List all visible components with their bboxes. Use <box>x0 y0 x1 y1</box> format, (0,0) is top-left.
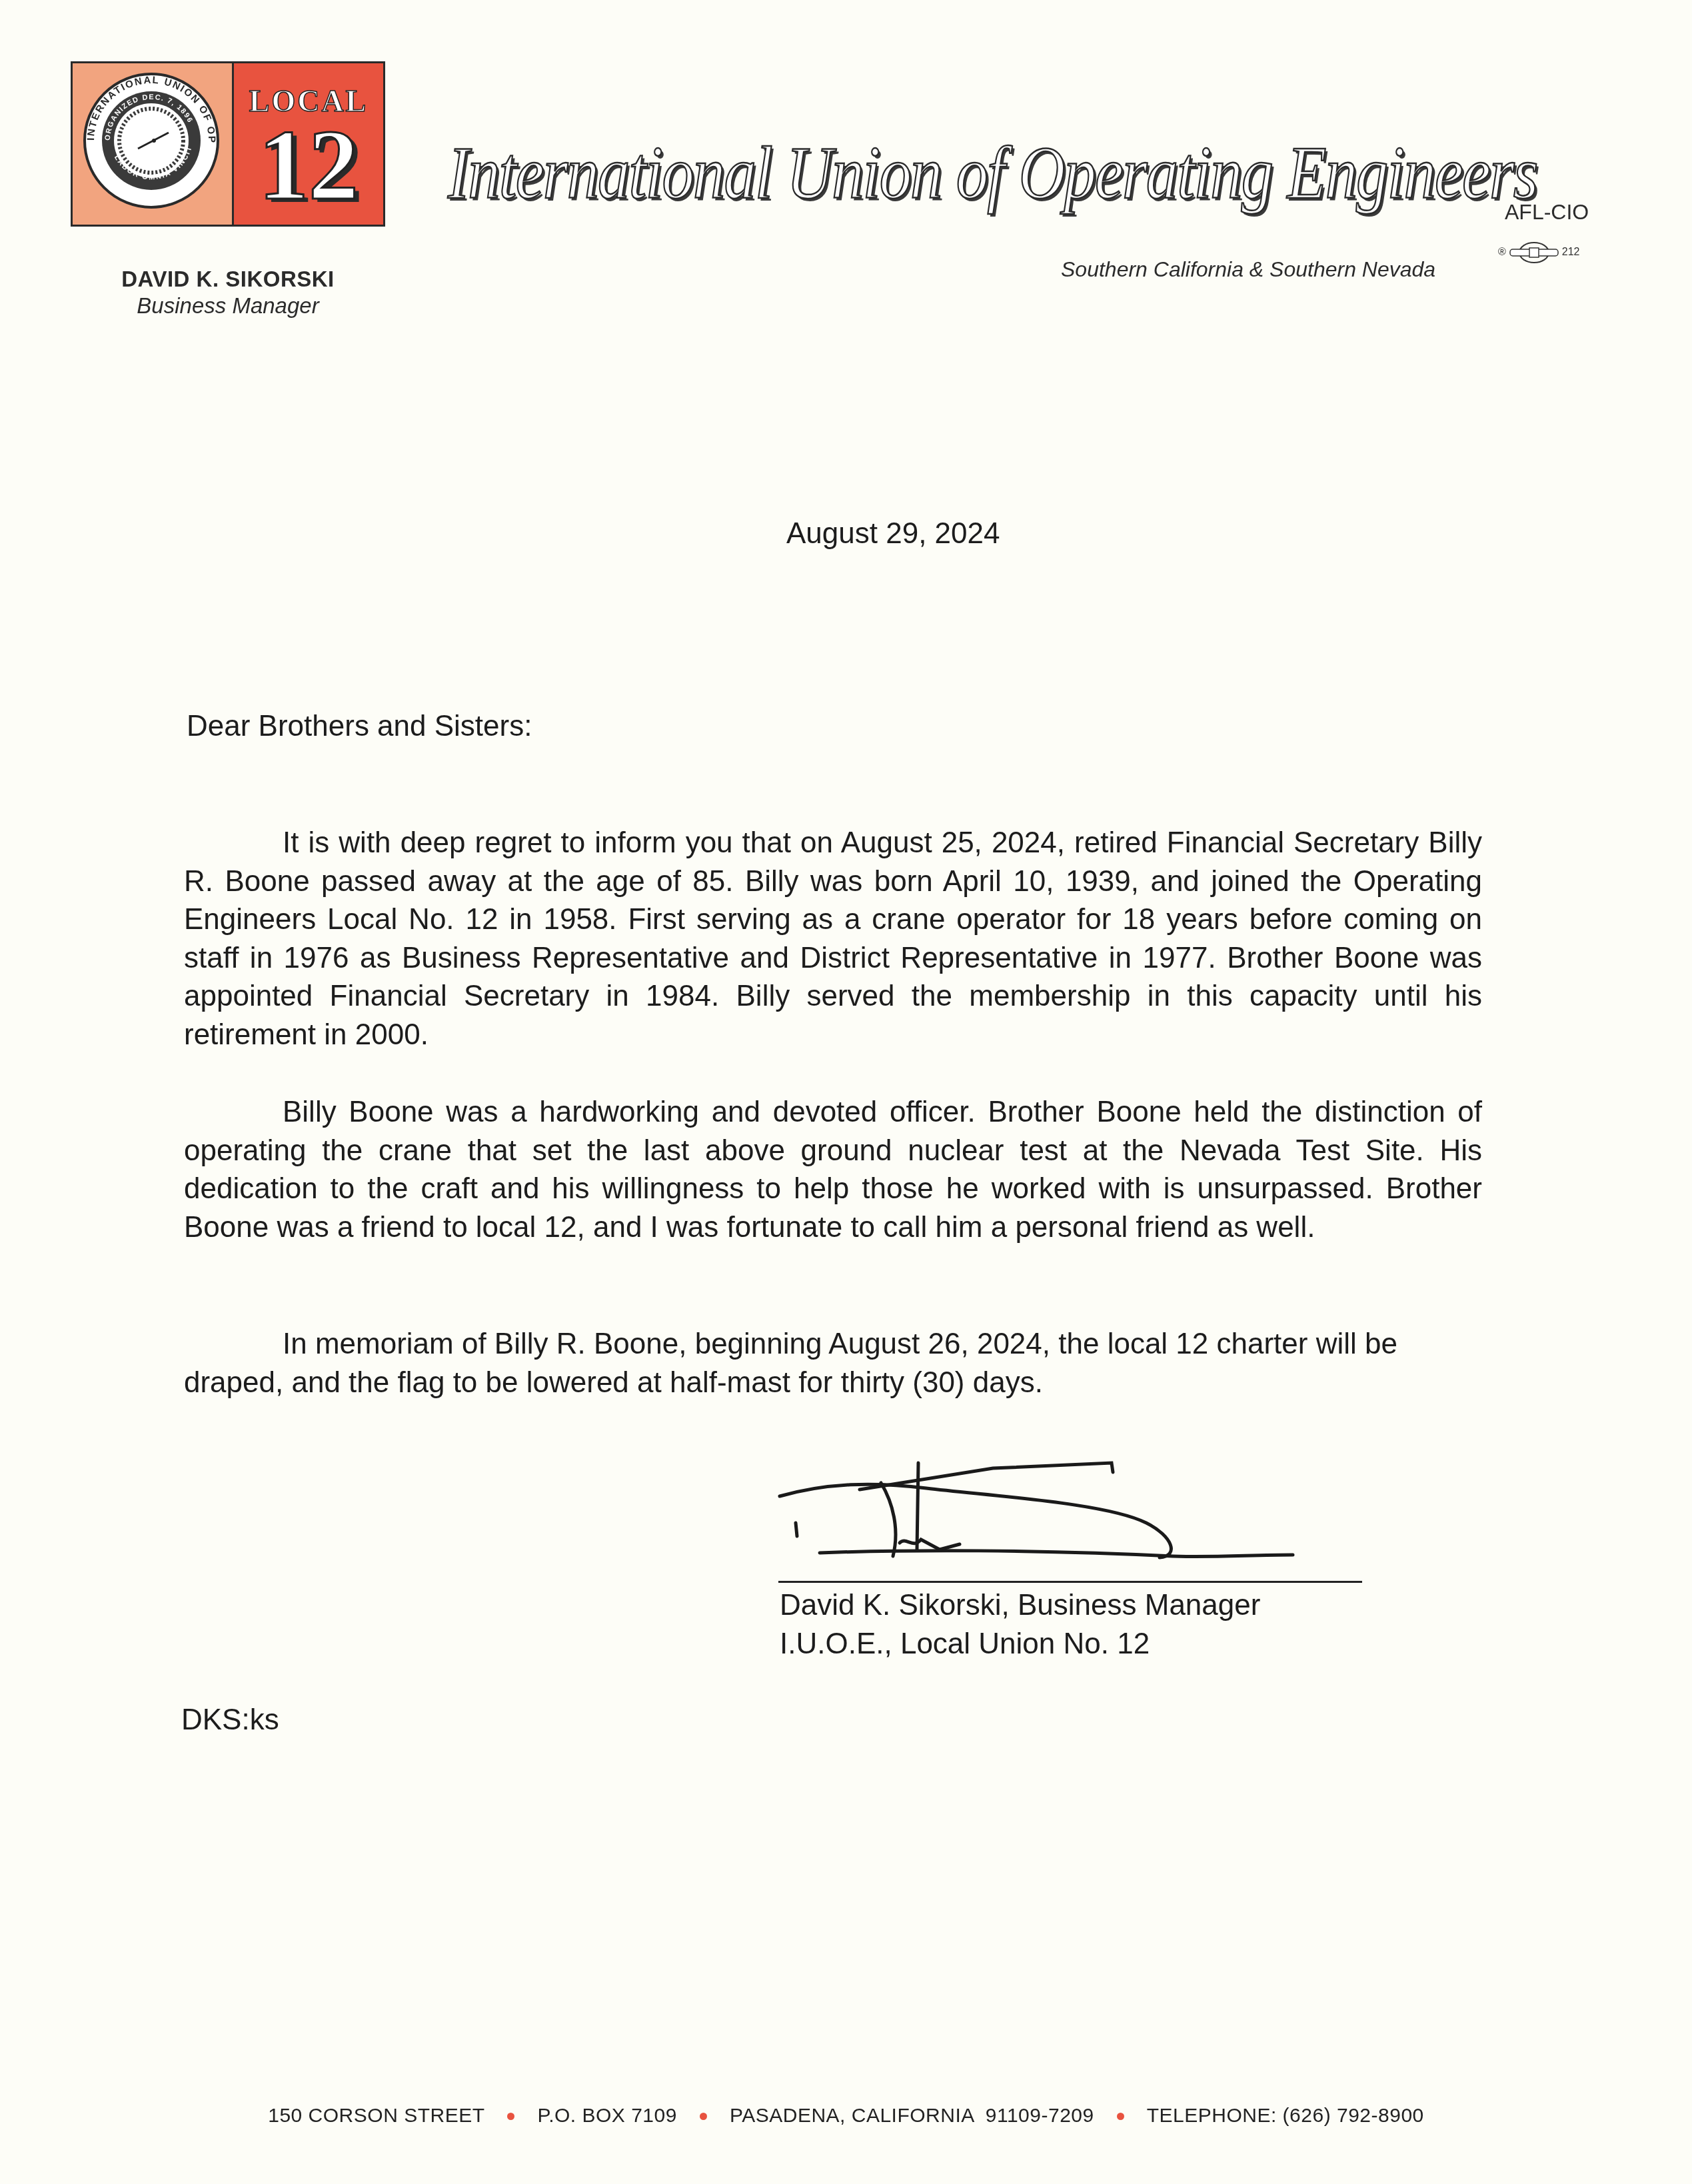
local-number-box: LOCAL 12 <box>234 63 383 225</box>
local-number: 12 <box>234 115 383 215</box>
footer-phone: TELEPHONE: (626) 792-8900 <box>1147 2105 1424 2127</box>
local-12-logo: INTERNATIONAL UNION OF OPERATING ENGINEE… <box>71 61 385 227</box>
signatory-name: David K. Sikorski, Business Manager <box>780 1589 1260 1622</box>
bullet-dot-icon <box>700 2113 707 2120</box>
union-label-number: 212 <box>1562 247 1580 259</box>
manager-name: DAVID K. SIKORSKI <box>71 267 385 292</box>
bullet-dot-icon <box>1117 2113 1124 2120</box>
signature <box>773 1456 1306 1576</box>
registered-mark: ® <box>1498 247 1506 259</box>
footer-street: 150 CORSON STREET <box>268 2105 484 2127</box>
letter-date: August 29, 2024 <box>786 517 1000 550</box>
footer-pobox: P.O. BOX 7109 <box>537 2105 676 2127</box>
salutation: Dear Brothers and Sisters: <box>187 710 532 743</box>
signatory-org: I.U.O.E., Local Union No. 12 <box>780 1628 1150 1661</box>
union-bug-icon <box>1509 241 1559 264</box>
footer-city: PASADENA, CALIFORNIA 91109-7209 <box>730 2105 1094 2127</box>
union-label: ® 212 <box>1498 241 1580 264</box>
paragraph-2: Billy Boone was a hardworking and devote… <box>184 1093 1482 1246</box>
bullet-dot-icon <box>507 2113 514 2120</box>
gauge-seal-icon: INTERNATIONAL UNION OF OPERATING ENGINEE… <box>81 71 222 217</box>
region: Southern California & Southern Nevada <box>1061 257 1435 282</box>
iuoe-seal: INTERNATIONAL UNION OF OPERATING ENGINEE… <box>73 63 234 225</box>
manager-title: Business Manager <box>71 293 385 319</box>
org-name: International Union of Operating Enginee… <box>448 131 1537 217</box>
reference-initials: DKS:ks <box>181 1703 279 1737</box>
footer-address: 150 CORSON STREET P.O. BOX 7109 PASADENA… <box>0 2105 1692 2127</box>
affiliation: AFL-CIO <box>1505 200 1589 225</box>
paragraph-1: It is with deep regret to inform you tha… <box>184 824 1482 1054</box>
paragraph-3: In memoriam of Billy R. Boone, beginning… <box>184 1325 1482 1402</box>
signature-line <box>778 1581 1362 1583</box>
